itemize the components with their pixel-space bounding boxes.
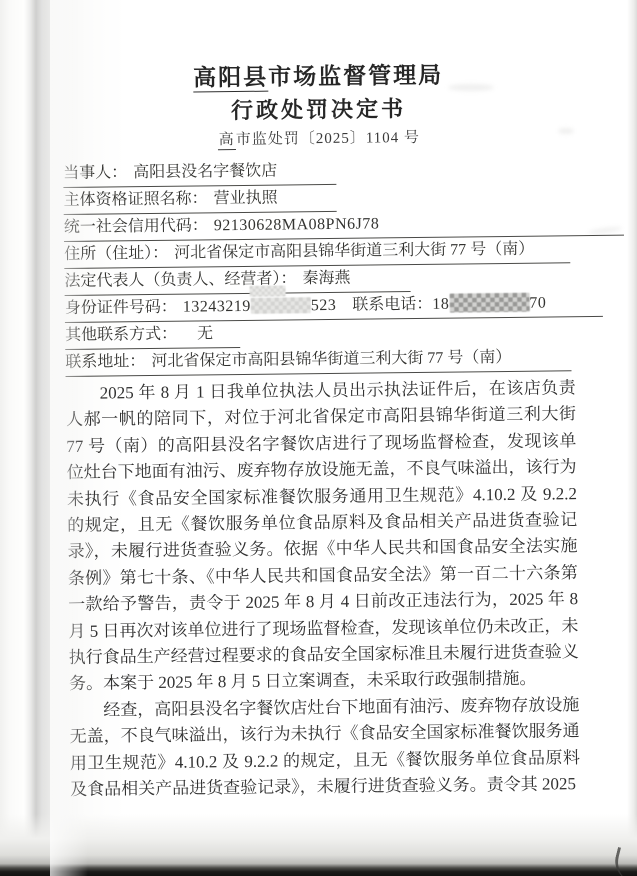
id-number-suffix: 523: [311, 297, 337, 314]
party-info-fields: 当事人：高阳县没名字餐饮店 主体资格证照名称：营业执照 统一社会信用代码：921…: [63, 155, 577, 377]
field-label: 统一社会信用代码：: [64, 217, 208, 236]
field-label: 其他联系方式：: [65, 326, 177, 344]
body-paragraph-findings: 经查，高阳县没名字餐饮店灶台下地面有油污、废弃物存放设施无盖，不良气味溢出，该行…: [69, 692, 580, 803]
field-value: 河北省保定市高阳县锦华街道三利大街 77 号（南）: [174, 241, 534, 262]
decision-body: 2025 年 8 月 1 日我单位执法人员出示执法证件后，在该店负责人郝一帆的陪…: [66, 375, 581, 803]
phone-label: 联系电话：: [352, 296, 432, 314]
field-underline: 其他联系方式：无: [65, 321, 240, 350]
redaction-mosaic-small: [250, 285, 286, 296]
field-label: 住所（住址）：: [64, 245, 168, 263]
field-label: 主体资格证照名称：: [63, 190, 207, 209]
field-row-contact-address: 联系地址：河北省保定市高阳县锦华街道三利大街 77 号（南）: [65, 344, 577, 377]
field-value: 秦海燕: [302, 270, 350, 288]
field-underline: 法定代表人（负责人、经营者）：秦海燕: [64, 265, 410, 296]
body-paragraph-inspection: 2025 年 8 月 1 日我单位执法人员出示执法证件后，在该店负责人郝一帆的陪…: [66, 375, 580, 698]
field-value: 高阳县没名字餐饮店: [133, 163, 277, 182]
field-underline: 住所（住址）：河北省保定市高阳县锦华街道三利大街 77 号（南）: [64, 236, 570, 269]
document-number-underlined: 高: [218, 132, 236, 150]
redaction-mosaic-phone: [449, 293, 529, 313]
document-number-rest: 市监处罚〔2025〕1104 号: [236, 130, 420, 148]
agency-name-underlined: 高阳县: [193, 65, 268, 93]
field-underline: 主体资格证照名称：营业执照: [63, 185, 336, 215]
page-right-edge: [627, 0, 637, 876]
field-underline: 当事人：高阳县没名字餐饮店: [63, 158, 336, 188]
document-title: 行政处罚决定书: [62, 92, 574, 128]
scanned-document-page: 高阳县市场监督管理局 行政处罚决定书 高市监处罚〔2025〕1104 号 当事人…: [0, 0, 637, 876]
document-content: 高阳县市场监督管理局 行政处罚决定书 高市监处罚〔2025〕1104 号 当事人…: [62, 58, 582, 803]
id-number-prefix: 13243219: [183, 298, 251, 316]
field-label: 当事人：: [63, 164, 127, 182]
field-value: 92130628MA08PN6J78: [214, 215, 380, 234]
agency-title: 高阳县市场监督管理局: [62, 58, 574, 96]
agency-name-rest: 市场监督管理局: [268, 63, 443, 90]
scanner-bed-shadow: [0, 814, 637, 876]
redaction-mosaic-id: [251, 297, 311, 314]
field-label: 联系地址：: [65, 353, 145, 371]
field-label: 身份证件号码：: [65, 299, 177, 317]
field-value: 无: [197, 325, 213, 342]
field-underline: 联系地址：河北省保定市高阳县锦华街道三利大街 77 号（南）: [65, 344, 571, 377]
phone-suffix: 70: [529, 295, 546, 312]
phone-prefix: 18: [432, 296, 449, 313]
document-number: 高市监处罚〔2025〕1104 号: [63, 125, 575, 153]
field-value: 河北省保定市高阳县锦华街道三利大街 77 号（南）: [151, 349, 511, 370]
field-value: 营业执照: [213, 190, 277, 208]
